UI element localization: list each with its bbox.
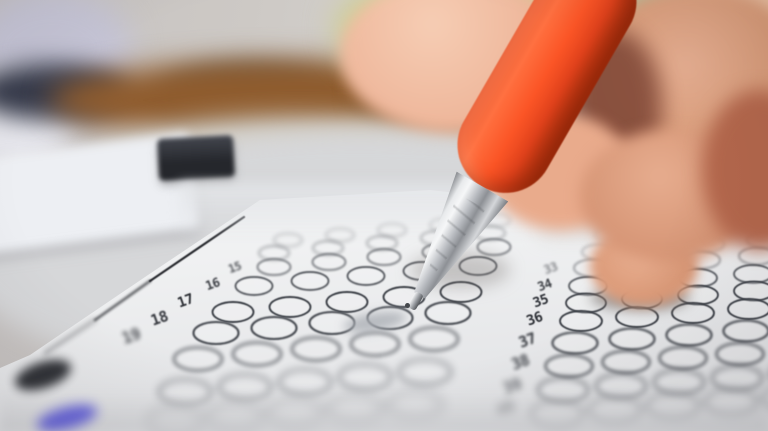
vignette-overlay [0, 0, 768, 431]
photo-scene: 15161718193334353637383940 [0, 0, 768, 431]
